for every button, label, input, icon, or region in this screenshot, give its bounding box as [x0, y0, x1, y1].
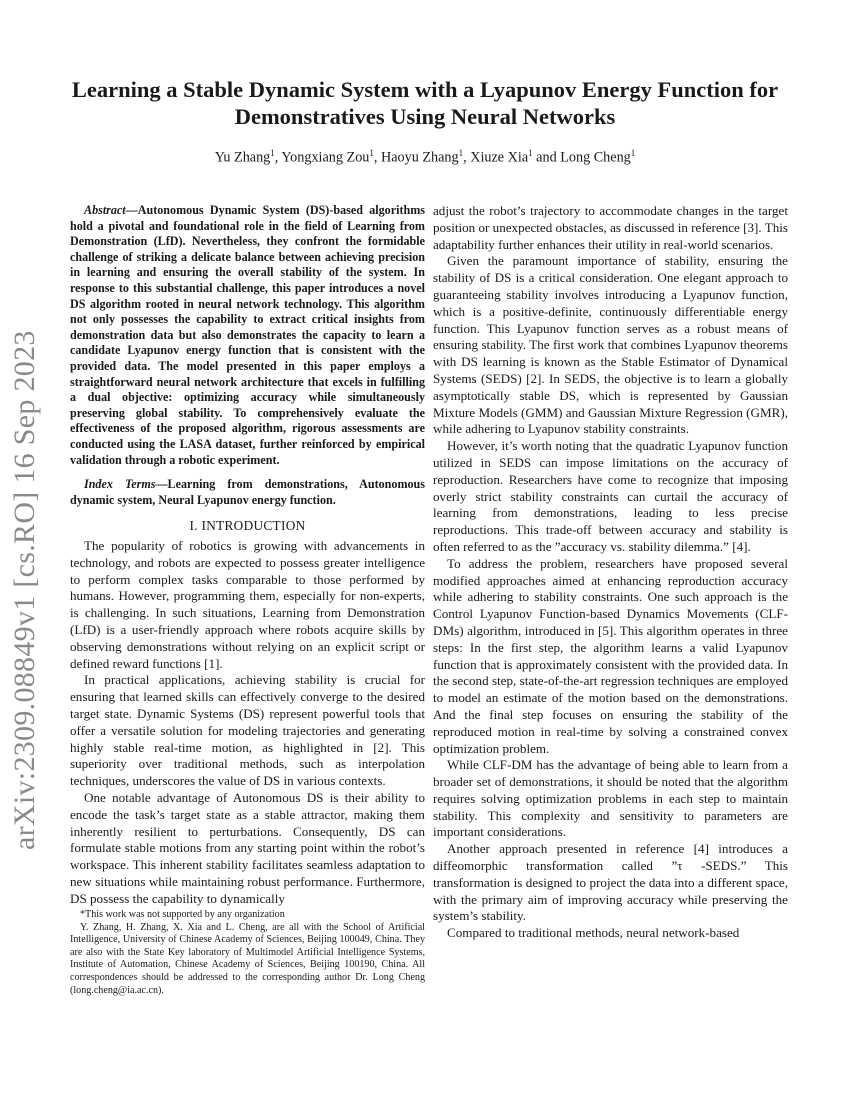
body-paragraph: Compared to traditional methods, neural …	[433, 925, 788, 942]
affiliation-mark: 1	[631, 148, 636, 158]
author: Yu Zhang	[215, 150, 271, 166]
index-terms: Index Terms—Learning from demonstrations…	[70, 477, 425, 508]
footnotes: *This work was not supported by any orga…	[70, 909, 425, 997]
body-paragraph: adjust the robot’s trajectory to accommo…	[433, 203, 788, 253]
right-column: adjust the robot’s trajectory to accommo…	[433, 203, 788, 942]
abstract-label: Abstract	[84, 203, 126, 217]
body-paragraph: In practical applications, achieving sta…	[70, 672, 425, 790]
body-paragraph: The popularity of robotics is growing wi…	[70, 538, 425, 672]
index-terms-label: Index Terms	[84, 477, 155, 491]
author: Haoyu Zhang	[381, 150, 459, 166]
affiliation-mark: 1	[528, 148, 533, 158]
affiliation-footnote: Y. Zhang, H. Zhang, X. Xia and L. Cheng,…	[70, 922, 425, 998]
funding-footnote: *This work was not supported by any orga…	[70, 909, 425, 922]
left-column: Abstract—Autonomous Dynamic System (DS)-…	[70, 203, 425, 908]
body-paragraph: However, it’s worth noting that the quad…	[433, 438, 788, 556]
body-paragraph: One notable advantage of Autonomous DS i…	[70, 790, 425, 908]
author: Xiuze Xia	[470, 150, 528, 166]
author: Long Cheng	[560, 150, 631, 166]
body-paragraph: Given the paramount importance of stabil…	[433, 253, 788, 438]
author-list: Yu Zhang1, Yongxiang Zou1, Haoyu Zhang1,…	[70, 148, 780, 167]
affiliation-mark: 1	[459, 148, 464, 158]
affiliation-mark: 1	[270, 148, 275, 158]
body-paragraph: While CLF-DM has the advantage of being …	[433, 757, 788, 841]
abstract-text: —Autonomous Dynamic System (DS)-based al…	[70, 203, 425, 467]
body-paragraph: Another approach presented in reference …	[433, 841, 788, 925]
paper-title: Learning a Stable Dynamic System with a …	[70, 76, 780, 130]
arxiv-identifier-stamp: arXiv:2309.08849v1 [cs.RO] 16 Sep 2023	[8, 330, 42, 850]
affiliation-mark: 1	[369, 148, 374, 158]
abstract: Abstract—Autonomous Dynamic System (DS)-…	[70, 203, 425, 468]
body-paragraph: To address the problem, researchers have…	[433, 556, 788, 758]
author: Yongxiang Zou	[281, 150, 369, 166]
section-heading-introduction: I. INTRODUCTION	[70, 518, 425, 535]
